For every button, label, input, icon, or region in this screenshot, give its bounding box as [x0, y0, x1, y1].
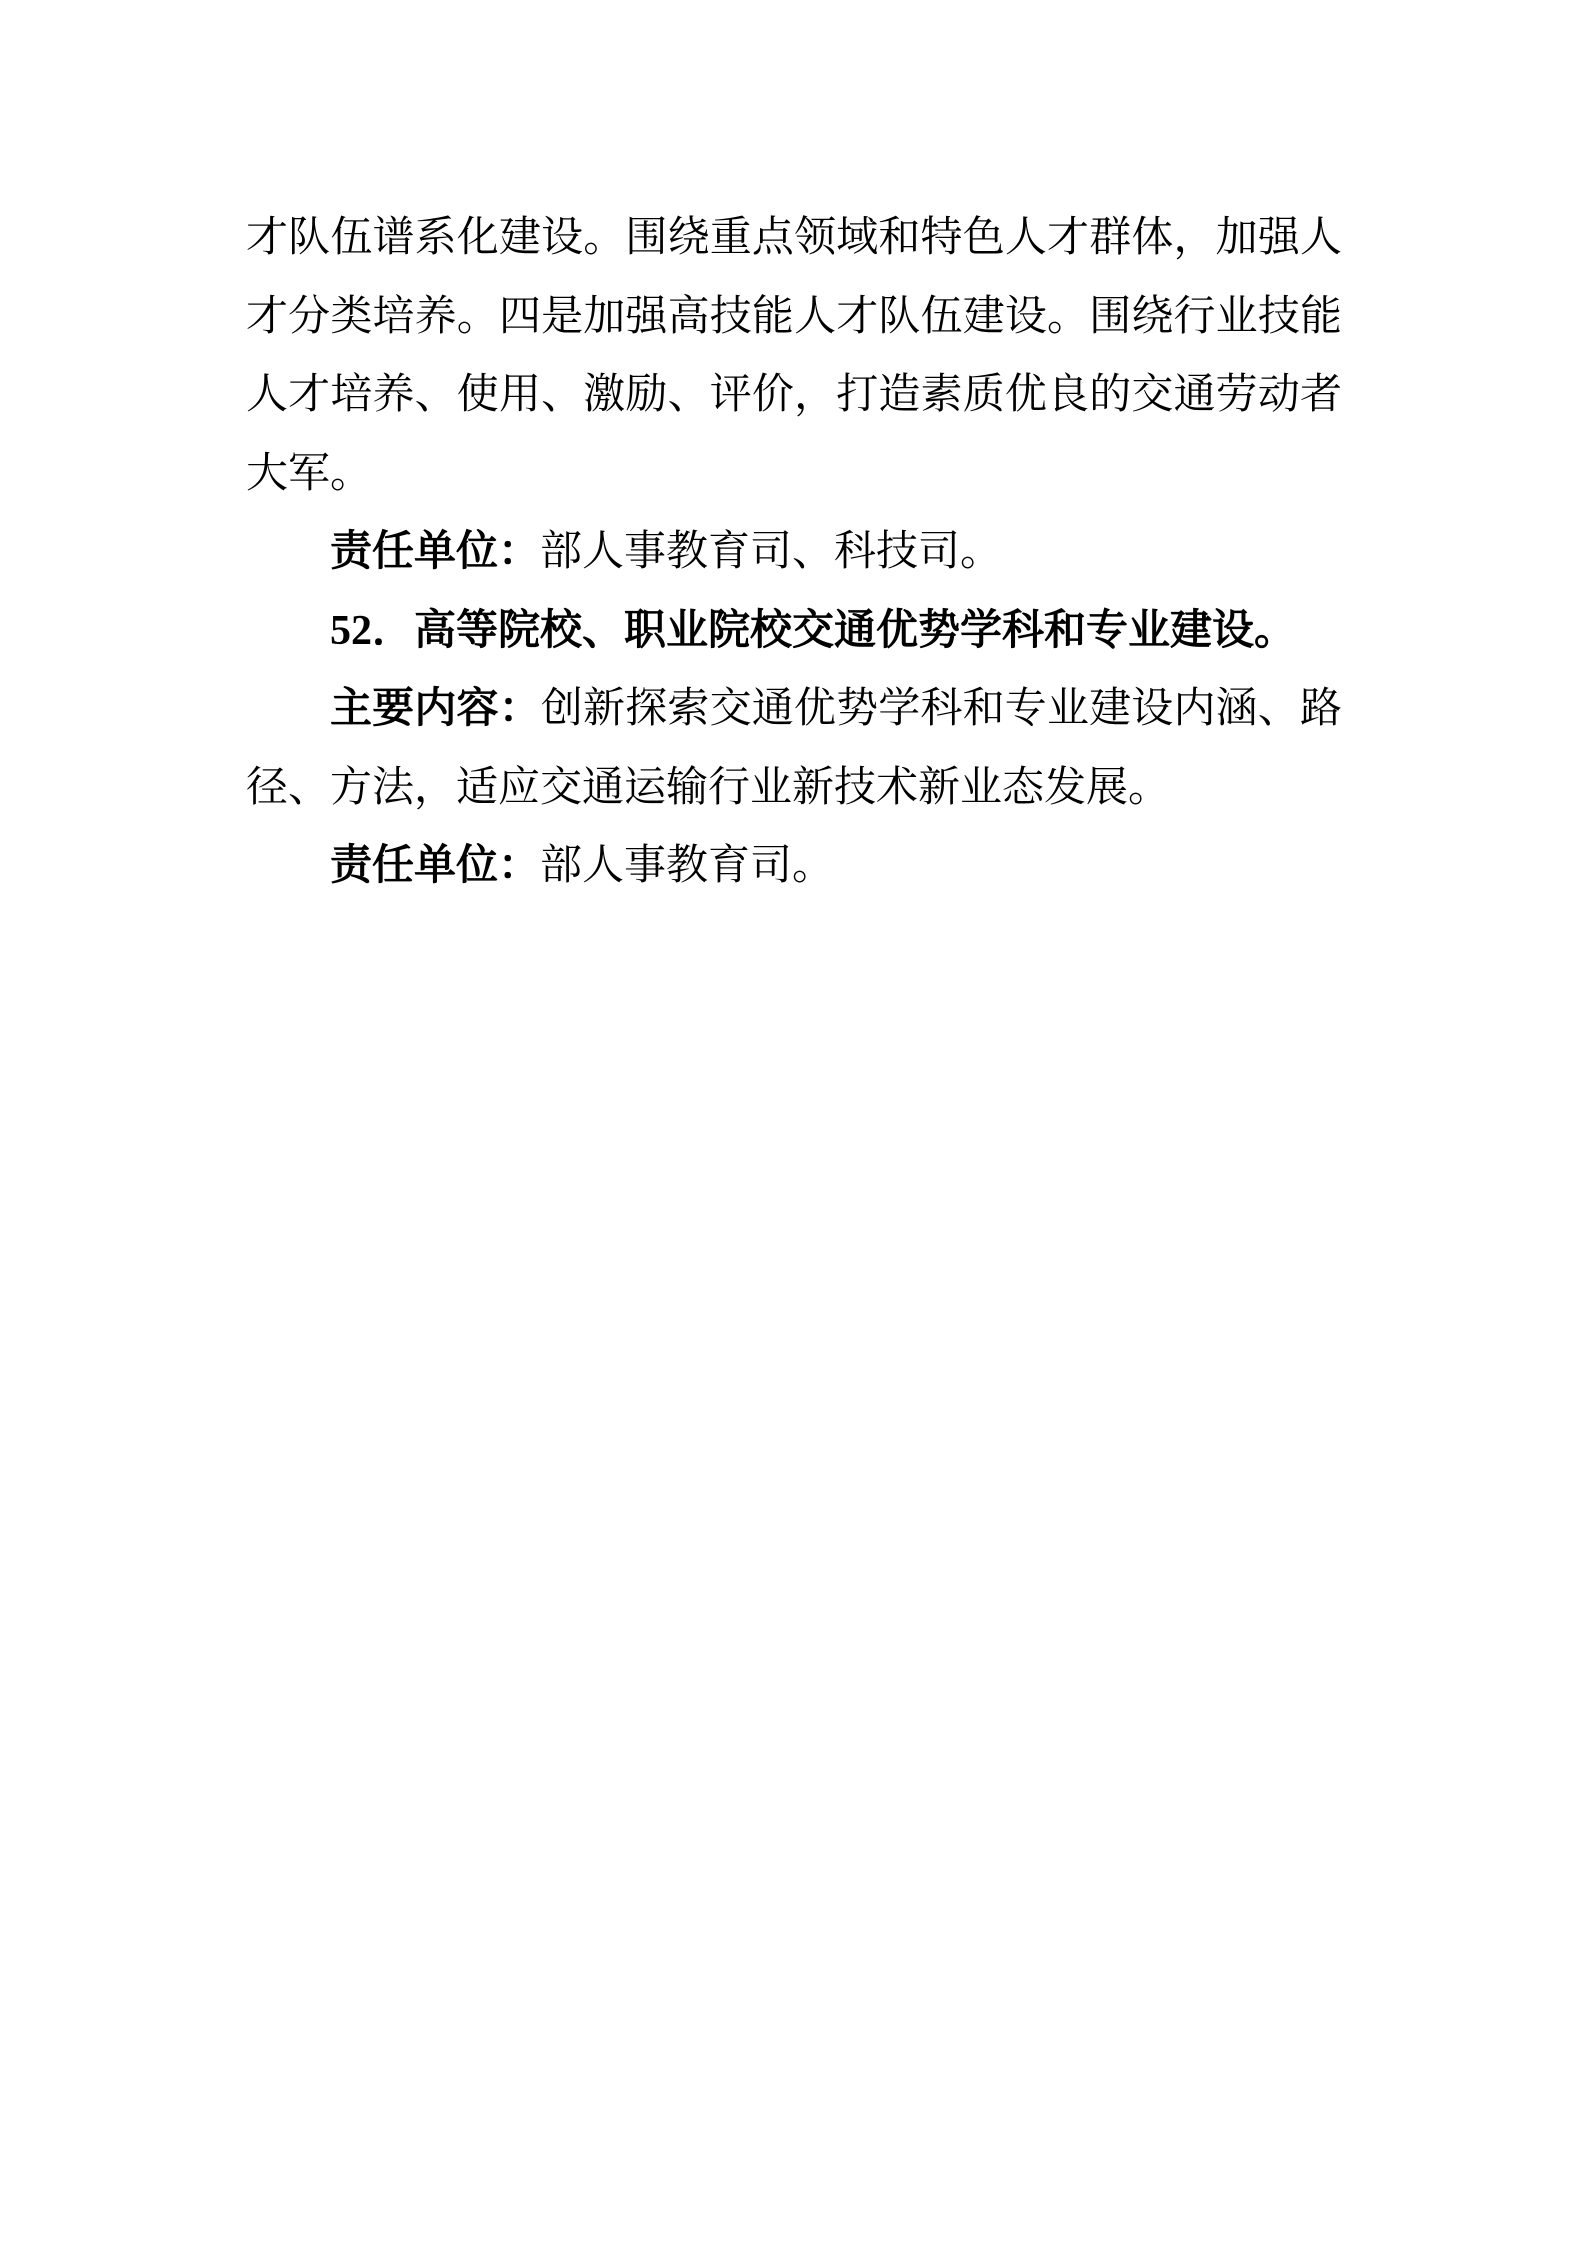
- paragraph-continuation-text: 才队伍谱系化建设。围绕重点领域和特色人才群体，加强人才分类培养。四是加强高技能人…: [246, 215, 1342, 497]
- paragraph-item-52-heading: 52．高等院校、职业院校交通优势学科和专业建设。: [246, 592, 1342, 671]
- responsible-unit-label-2: 责任单位：: [330, 843, 540, 889]
- paragraph-main-content: 主要内容：创新探索交通优势学科和专业建设内涵、路径、方法，适应交通运输行业新技术…: [246, 670, 1342, 827]
- paragraph-responsible-unit-1: 责任单位：部人事教育司、科技司。: [246, 513, 1342, 592]
- paragraph-responsible-unit-2: 责任单位：部人事教育司。: [246, 827, 1342, 906]
- responsible-unit-text-2: 部人事教育司。: [540, 843, 834, 889]
- document-page: 才队伍谱系化建设。围绕重点领域和特色人才群体，加强人才分类培养。四是加强高技能人…: [0, 0, 1587, 2245]
- item-52-title: 高等院校、职业院校交通优势学科和专业建设。: [414, 608, 1296, 654]
- responsible-unit-label-1: 责任单位：: [330, 529, 540, 575]
- item-52-number: 52．: [330, 608, 414, 654]
- main-content-label: 主要内容：: [330, 686, 541, 732]
- paragraph-continuation: 才队伍谱系化建设。围绕重点领域和特色人才群体，加强人才分类培养。四是加强高技能人…: [246, 199, 1342, 513]
- responsible-unit-text-1: 部人事教育司、科技司。: [540, 529, 1002, 575]
- document-body: 才队伍谱系化建设。围绕重点领域和特色人才群体，加强人才分类培养。四是加强高技能人…: [246, 199, 1342, 906]
